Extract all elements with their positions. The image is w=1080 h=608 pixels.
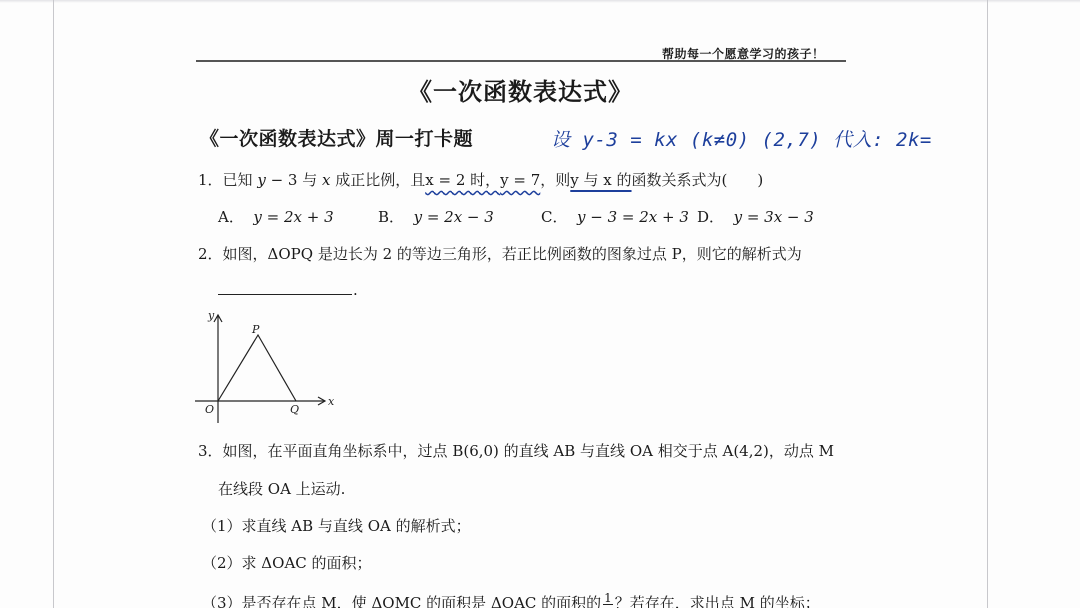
section-title: 《一次函数表达式》周一打卡题	[200, 124, 473, 151]
triangle-opq	[218, 335, 296, 401]
document-page: 帮助每一个愿意学习的孩子！ 《一次函数表达式》 《一次函数表达式》周一打卡题 设…	[0, 0, 1080, 608]
sub-question-1: （1）求直线 AB 与直线 OA 的解析式；	[202, 515, 471, 536]
sub-question-2: （2）求 ΔOAC 的面积；	[202, 552, 372, 573]
fraction: 1	[603, 592, 613, 605]
answer-blank	[218, 294, 352, 295]
question-number: 2．	[198, 245, 223, 263]
option-c: C． y − 3 = 2x + 3	[541, 206, 689, 227]
point-q-label: Q	[290, 403, 299, 416]
option-b: B． y = 2x − 3	[378, 206, 494, 227]
origin-label: O	[205, 403, 214, 416]
question-3-line-2: 在线段 OA 上运动.	[218, 478, 345, 499]
question-3: 3．如图，在平面直角坐标系中，过点 B(6,0) 的直线 AB 与直线 OA 相…	[198, 440, 834, 461]
sub-question-3: （3）是否存在点 M，使 ΔOMC 的面积是 ΔOAC 的面积的1？若存在，求出…	[202, 592, 820, 608]
x-axis-label: x	[328, 395, 335, 408]
handwritten-note: 设 y-3 = kx (k≠0) (2,7) 代入: 2k=	[551, 125, 932, 152]
question-2: 2．如图，ΔOPQ 是边长为 2 的等边三角形，若正比例函数的图象过点 P，则它…	[198, 243, 802, 264]
question-1: 1．已知 y − 3 与 x 成正比例，且x = 2 时，y = 7，则y 与 …	[198, 169, 763, 190]
underlined-target: y 与 x 的	[570, 171, 631, 189]
option-a: A． y = 2x + 3	[218, 206, 334, 227]
header-rule	[196, 60, 846, 62]
question-number: 1．	[198, 171, 223, 189]
y-axis-label: y	[207, 309, 215, 322]
wavy-underlined-condition: x = 2 时，y = 7	[425, 171, 540, 189]
point-p-label: P	[251, 323, 260, 336]
blank-period: .	[353, 281, 358, 299]
document-title: 《一次函数表达式》	[408, 72, 633, 107]
triangle-figure: y x O P Q	[190, 305, 340, 430]
option-d: D． y = 3x − 3	[697, 206, 814, 227]
question-number: 3．	[198, 442, 223, 460]
